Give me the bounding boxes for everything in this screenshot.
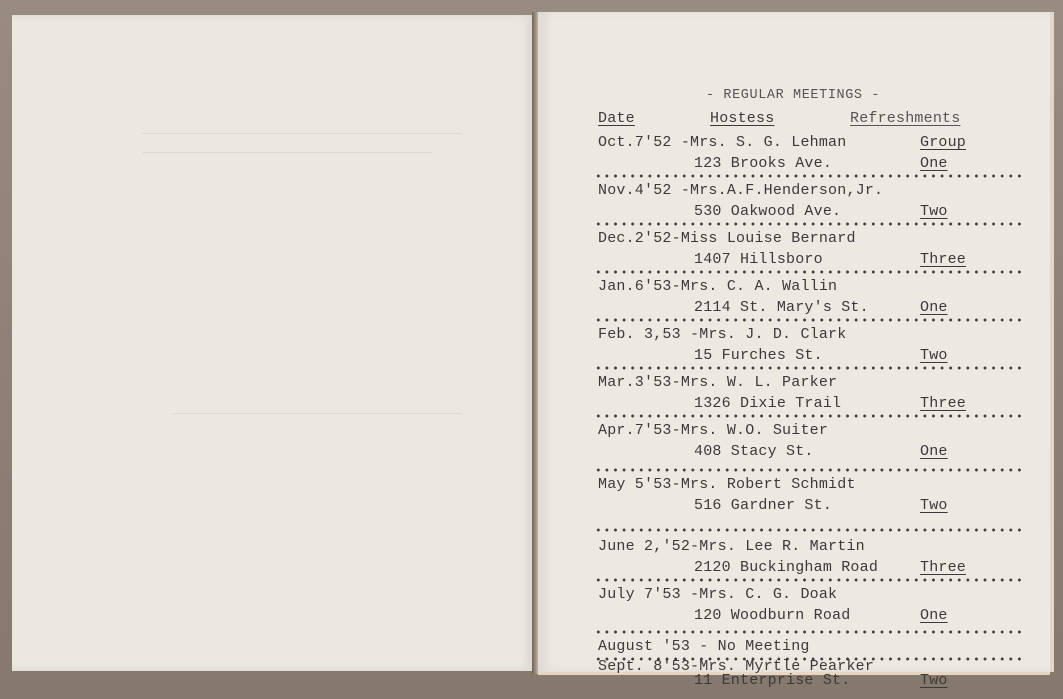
- meeting-hostess: Mrs. C. G. Doak: [699, 586, 837, 603]
- refreshment-group: Two: [920, 203, 948, 220]
- meeting-hostess: Mrs. C. A. Wallin: [681, 278, 837, 295]
- refreshment-group: Three: [920, 251, 966, 268]
- column-header-date: Date: [598, 110, 635, 127]
- refreshment-group: Three: [920, 559, 966, 576]
- regular-meetings-list: - REGULAR MEETINGS - Date Hostess Refres…: [598, 88, 1008, 693]
- meeting-date: July 7'53: [598, 586, 681, 603]
- meeting-date: May 5'53: [598, 476, 672, 493]
- meeting-date: June 2,'52: [598, 538, 690, 555]
- left-page-blank: [12, 15, 534, 671]
- meeting-date: Oct.7'52: [598, 134, 672, 151]
- meeting-row: Jan.6'53-Mrs. C. A. Wallin 2114 St. Mary…: [598, 278, 1008, 320]
- meeting-line-2: 2114 St. Mary's St.One: [598, 299, 1008, 320]
- refreshment-group: One: [920, 299, 948, 316]
- meeting-address: 516 Gardner St.: [694, 497, 832, 514]
- dotted-separator: [594, 270, 1022, 274]
- page-edge: [1050, 12, 1054, 672]
- show-through-line: [172, 413, 462, 414]
- column-headers: Date Hostess Refreshments: [598, 110, 1008, 134]
- meeting-row: Feb. 3,53 -Mrs. J. D. Clark 15 Furches S…: [598, 326, 1008, 368]
- group-label: Group: [920, 134, 966, 151]
- meeting-line-2: 408 Stacy St.One: [598, 443, 1008, 464]
- meeting-address: 2114 St. Mary's St.: [694, 299, 869, 316]
- meeting-row: Mar.3'53-Mrs. W. L. Parker 1326 Dixie Tr…: [598, 374, 1008, 416]
- meeting-row: Dec.2'52-Miss Louise Bernard 1407 Hillsb…: [598, 230, 1008, 272]
- meeting-address: 408 Stacy St.: [694, 443, 814, 460]
- refreshment-group: Three: [920, 395, 966, 412]
- column-header-hostess: Hostess: [710, 110, 774, 127]
- meeting-line-1: Feb. 3,53 -Mrs. J. D. Clark: [598, 326, 1008, 347]
- meeting-line-2: 1326 Dixie TrailThree: [598, 395, 1008, 416]
- meeting-line-2: 1407 HillsboroThree: [598, 251, 1008, 272]
- meeting-line-2: 2120 Buckingham RoadThree: [598, 559, 1008, 580]
- meeting-address: 123 Brooks Ave.: [694, 155, 832, 172]
- dotted-separator: [594, 630, 1022, 634]
- meeting-row: Sept. 8'53-Mrs. Myrtle Pearker 11 Enterp…: [598, 658, 1008, 693]
- meeting-line-1: Apr.7'53-Mrs. W.O. Suiter: [598, 422, 1008, 443]
- show-through-line: [142, 133, 462, 134]
- meeting-row: July 7'53 -Mrs. C. G. Doak 120 Woodburn …: [598, 586, 1008, 628]
- meeting-date: Nov.4'52: [598, 182, 672, 199]
- meeting-line-1: Dec.2'52-Miss Louise Bernard: [598, 230, 1008, 251]
- meeting-line-1: June 2,'52-Mrs. Lee R. Martin: [598, 538, 1008, 559]
- meeting-row: Oct.7'52 -Mrs. S. G. LehmanGroup 123 Bro…: [598, 134, 1008, 176]
- dotted-separator: [594, 578, 1022, 582]
- meeting-line-2: 11 Enterprise St.Two: [598, 672, 1008, 693]
- refreshment-group: Two: [920, 347, 948, 364]
- meeting-address: 530 Oakwood Ave.: [694, 203, 841, 220]
- meeting-hostess: Mrs.A.F.Henderson,Jr.: [690, 182, 883, 199]
- dotted-separator: [594, 318, 1022, 322]
- meeting-address: 1326 Dixie Trail: [694, 395, 841, 412]
- meeting-line-1: Sept. 8'53-Mrs. Myrtle Pearker: [598, 658, 1008, 672]
- meeting-line-1: May 5'53-Mrs. Robert Schmidt: [598, 476, 1008, 497]
- meeting-date: Apr.7'53: [598, 422, 672, 439]
- meeting-address: 1407 Hillsboro: [694, 251, 823, 268]
- dotted-separator: [594, 414, 1022, 418]
- meeting-address: 11 Enterprise St.: [694, 672, 850, 689]
- meeting-line-2: 120 Woodburn RoadOne: [598, 607, 1008, 628]
- refreshment-group: Two: [920, 497, 948, 514]
- meeting-hostess: Mrs. W.O. Suiter: [681, 422, 828, 439]
- meeting-hostess: Mrs. S. G. Lehman: [690, 134, 846, 151]
- meeting-hostess: Mrs. W. L. Parker: [681, 374, 837, 391]
- dotted-separator: [594, 366, 1022, 370]
- meeting-date: Dec.2'52: [598, 230, 672, 247]
- dotted-separator: [594, 174, 1022, 178]
- meeting-row: June 2,'52-Mrs. Lee R. Martin 2120 Bucki…: [598, 538, 1008, 580]
- meeting-line-1: Jan.6'53-Mrs. C. A. Wallin: [598, 278, 1008, 299]
- meeting-line-2: 530 Oakwood Ave.Two: [598, 203, 1008, 224]
- show-through-line: [142, 152, 432, 153]
- page-title: - REGULAR MEETINGS -: [598, 88, 1008, 110]
- meeting-hostess: Mrs. J. D. Clark: [699, 326, 846, 343]
- no-meeting-note: August '53 - No Meeting: [598, 638, 1008, 658]
- meeting-row: Apr.7'53-Mrs. W.O. Suiter 408 Stacy St.O…: [598, 422, 1008, 464]
- refreshment-group: One: [920, 155, 948, 172]
- meeting-address: 120 Woodburn Road: [694, 607, 850, 624]
- dotted-separator: [594, 468, 1022, 472]
- meeting-line-1: July 7'53 -Mrs. C. G. Doak: [598, 586, 1008, 607]
- column-header-refreshments: Refreshments: [850, 110, 960, 127]
- meeting-row: Nov.4'52 -Mrs.A.F.Henderson,Jr. 530 Oakw…: [598, 182, 1008, 224]
- meeting-line-1: Mar.3'53-Mrs. W. L. Parker: [598, 374, 1008, 395]
- meeting-row: May 5'53-Mrs. Robert Schmidt 516 Gardner…: [598, 476, 1008, 518]
- meeting-line-2: 516 Gardner St.Two: [598, 497, 1008, 518]
- meeting-line-2: 123 Brooks Ave.One: [598, 155, 1008, 176]
- meeting-hostess: Mrs. Robert Schmidt: [681, 476, 856, 493]
- refreshment-group: One: [920, 607, 948, 624]
- meeting-line-1: Oct.7'52 -Mrs. S. G. LehmanGroup: [598, 134, 1008, 155]
- refreshment-group: One: [920, 443, 948, 460]
- meeting-hostess: Miss Louise Bernard: [681, 230, 856, 247]
- meeting-row-no-meeting: August '53 - No Meeting: [598, 638, 1008, 658]
- refreshment-group: Two: [920, 672, 948, 689]
- meeting-line-1: Nov.4'52 -Mrs.A.F.Henderson,Jr.: [598, 182, 1008, 203]
- meeting-address: 15 Furches St.: [694, 347, 823, 364]
- meeting-hostess: Mrs. Lee R. Martin: [699, 538, 865, 555]
- dotted-separator: [594, 222, 1022, 226]
- meeting-line-2: 15 Furches St.Two: [598, 347, 1008, 368]
- meeting-date: Mar.3'53: [598, 374, 672, 391]
- meeting-date: Feb. 3,53: [598, 326, 681, 343]
- meeting-date: Jan.6'53: [598, 278, 672, 295]
- dotted-separator: [594, 528, 1022, 532]
- meeting-address: 2120 Buckingham Road: [694, 559, 878, 576]
